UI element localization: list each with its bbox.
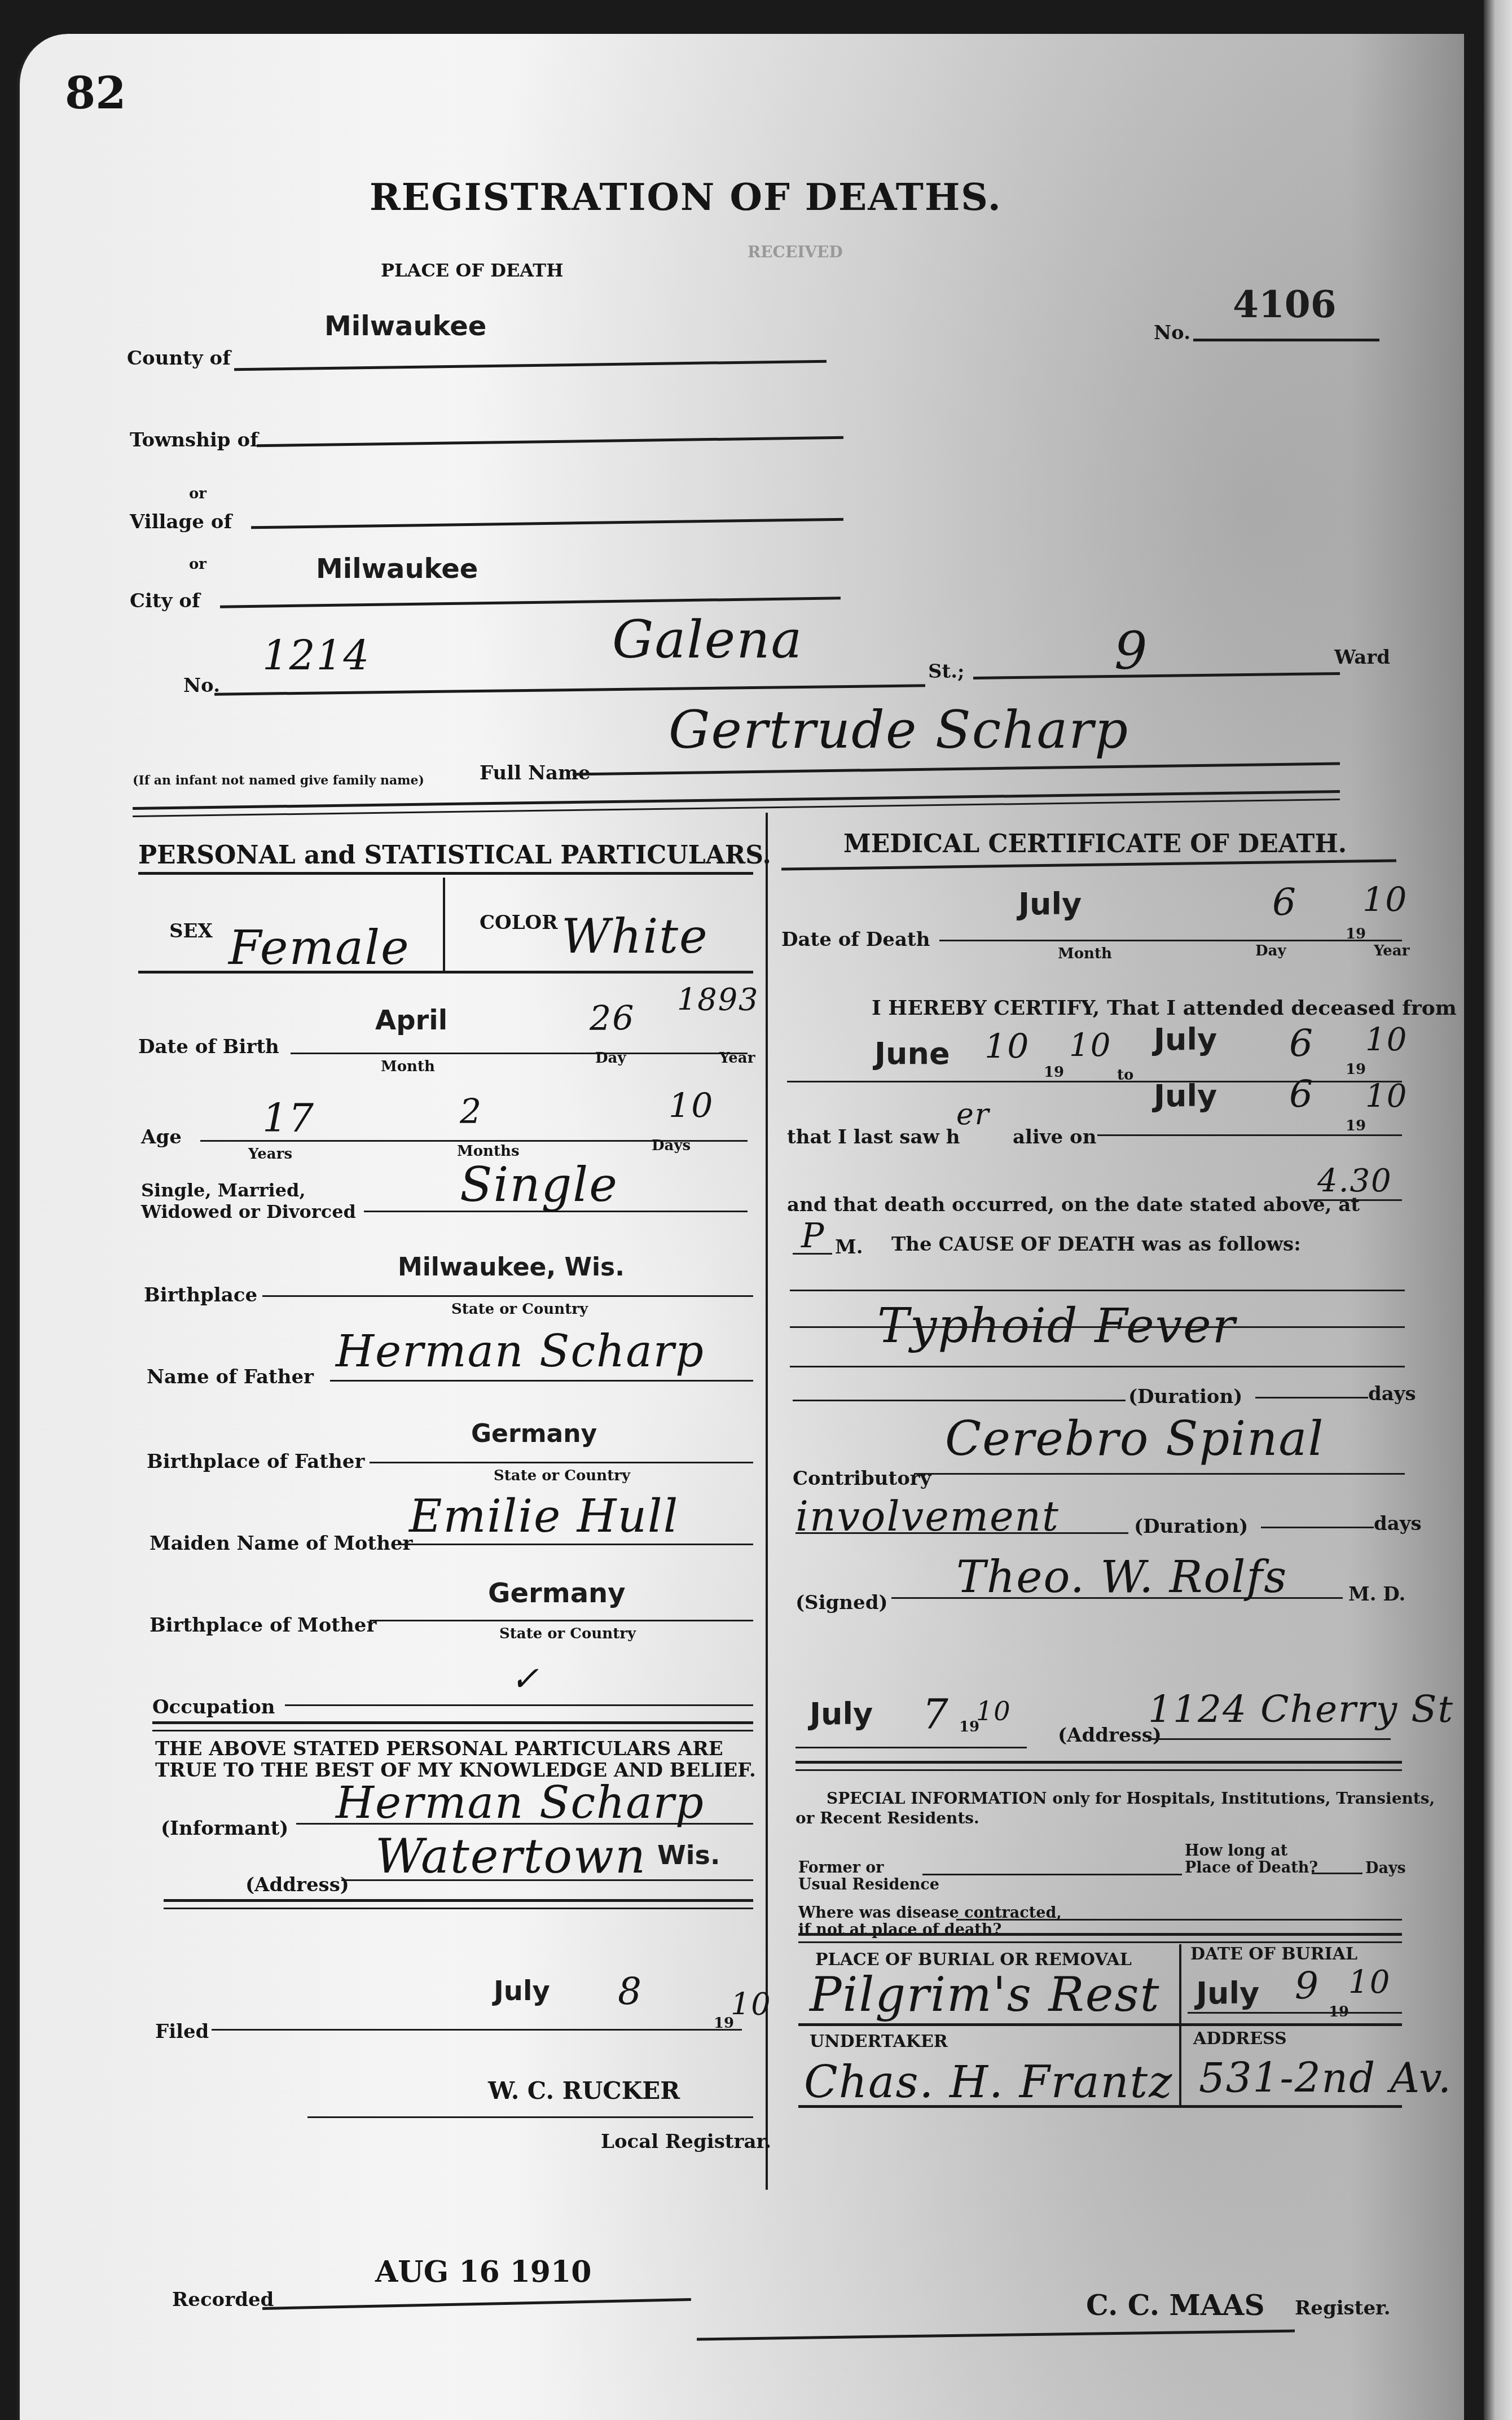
signed-label: (Signed) — [795, 1592, 888, 1614]
signed-double-line-1 — [795, 1761, 1402, 1764]
father-birthplace-value: Germany — [471, 1419, 597, 1448]
dob-day: 26 — [590, 999, 635, 1038]
adjacent-page-edge — [1484, 0, 1512, 2420]
last-saw-label-2: alive on — [1013, 1126, 1096, 1148]
dod-line — [939, 940, 1402, 941]
medical-heading-line — [781, 859, 1396, 870]
contributory-label: Contributory — [793, 1467, 931, 1490]
recorded-stamp: AUG 16 1910 — [375, 2255, 591, 2289]
contracted-label-2: if not at place of death? — [798, 1922, 1062, 1939]
record-no-value: 4106 — [1233, 282, 1337, 326]
place-of-death-heading: PLACE OF DEATH — [381, 260, 563, 281]
age-days: 10 — [669, 1086, 714, 1126]
personal-heading-line — [138, 872, 753, 875]
form-title: REGISTRATION OF DEATHS. — [370, 175, 1002, 219]
physician-address-label: (Address) — [1058, 1724, 1162, 1747]
signed-month: July — [810, 1696, 873, 1731]
or-text-1: or — [189, 485, 206, 502]
signed-day: 7 — [922, 1690, 950, 1738]
marital-value: Single — [460, 1157, 618, 1212]
dob-label: Date of Birth — [138, 1036, 279, 1058]
dob-line — [291, 1053, 748, 1054]
marital-label-line-2: Widowed or Divorced — [141, 1201, 356, 1222]
recorded-line — [262, 2298, 691, 2310]
signed-double-line-2 — [795, 1769, 1402, 1771]
informant-value: Herman Scharp — [336, 1778, 705, 1829]
days-label-1: days — [1368, 1383, 1416, 1405]
city-line — [220, 597, 841, 608]
age-years: 17 — [262, 1095, 315, 1141]
dod-century: 19 — [1346, 926, 1366, 942]
filed-line — [212, 2029, 742, 2031]
color-label: COLOR — [480, 911, 557, 934]
registrar-line — [307, 2116, 753, 2118]
contracted-double-line-2 — [798, 1941, 1402, 1943]
register-name: C. C. MAAS — [1086, 2289, 1265, 2322]
township-line — [257, 436, 843, 448]
dod-day: 6 — [1272, 880, 1297, 924]
how-long-line — [1312, 1873, 1362, 1874]
death-registration-form: 82 REGISTRATION OF DEATHS. RECEIVED PLAC… — [17, 34, 1464, 2420]
birthplace-caption: State or Country — [451, 1301, 588, 1318]
page-number: 82 — [65, 68, 126, 119]
how-long-label-1: How long at — [1185, 1843, 1318, 1860]
burial-month: July — [1196, 1975, 1259, 2011]
city-label: City of — [130, 590, 200, 612]
undertaker-row-line — [798, 2105, 1402, 2108]
dod-year: 10 — [1362, 880, 1408, 920]
address-double-line-1 — [164, 1899, 753, 1902]
local-registrar-name: W. C. RUCKER — [488, 2077, 680, 2105]
dod-year-caption: Year — [1374, 942, 1409, 959]
filed-label: Filed — [155, 2020, 209, 2043]
marital-label: Single, Married, Widowed or Divorced — [141, 1180, 356, 1222]
mother-birthplace-value: Germany — [488, 1577, 626, 1609]
undertaker-address-label: ADDRESS — [1193, 2029, 1287, 2049]
attended-from-century: 19 — [1044, 1064, 1064, 1081]
birthplace-value: Milwaukee, Wis. — [398, 1253, 625, 1282]
how-long-label: How long at Place of Death? — [1185, 1843, 1318, 1877]
burial-year: 10 — [1348, 1964, 1391, 2001]
age-years-caption: Years — [248, 1146, 292, 1163]
cause-line-1 — [790, 1290, 1405, 1291]
duration-label-2: (Duration) — [1134, 1515, 1248, 1538]
attended-from-day: 10 — [984, 1027, 1030, 1067]
father-label: Name of Father — [147, 1366, 314, 1388]
contributory-line — [914, 1473, 1405, 1475]
attended-to-century: 19 — [1346, 1061, 1366, 1078]
contributory-value-1: Cerebro Spinal — [945, 1411, 1324, 1466]
occupation-double-line-2 — [152, 1730, 753, 1731]
duration-days-line-2 — [1261, 1527, 1374, 1528]
county-label: County of — [127, 347, 231, 370]
city-value: Milwaukee — [316, 553, 478, 585]
birthplace-label: Birthplace — [144, 1284, 257, 1307]
mother-birthplace-line — [370, 1620, 753, 1621]
death-time-line — [1309, 1199, 1402, 1201]
sex-label: SEX — [169, 920, 213, 942]
marital-label-line-1: Single, Married, — [141, 1180, 356, 1201]
street-name-value: Galena — [612, 610, 803, 670]
ward-label: Ward — [1334, 646, 1390, 669]
meridiem-value: P — [801, 1216, 825, 1256]
father-line — [330, 1380, 753, 1382]
father-birthplace-label: Birthplace of Father — [147, 1450, 364, 1473]
age-months: 2 — [460, 1092, 482, 1132]
faint-stamp: RECEIVED — [748, 243, 843, 261]
mother-birthplace-label: Birthplace of Mother — [150, 1614, 376, 1637]
village-label: Village of — [130, 511, 232, 533]
cause-line-3 — [790, 1366, 1405, 1367]
contracted-line — [956, 1919, 1402, 1921]
dod-month-caption: Month — [1058, 945, 1112, 962]
former-residence-label-1: Former or — [798, 1860, 939, 1877]
physician-signature: Theo. W. Rolfs — [956, 1552, 1287, 1603]
dod-label: Date of Death — [781, 928, 930, 951]
days-label-2: days — [1374, 1512, 1422, 1535]
age-days-caption: Days — [652, 1137, 691, 1154]
village-line — [251, 518, 843, 529]
contracted-double-line-1 — [798, 1933, 1402, 1936]
meridiem-label: M. — [835, 1236, 863, 1259]
occupation-line — [285, 1704, 753, 1706]
cause-value: Typhoid Fever — [877, 1298, 1236, 1353]
personal-heading: PERSONAL and STATISTICAL PARTICULARS. — [138, 841, 771, 870]
last-saw-pronoun: er — [956, 1098, 990, 1132]
attended-to-year: 10 — [1365, 1022, 1408, 1058]
death-time-label: and that death occurred, on the date sta… — [787, 1194, 1360, 1216]
infant-note: (If an infant not named give family name… — [133, 773, 424, 788]
record-no-line — [1193, 339, 1379, 341]
last-saw-year: 10 — [1365, 1078, 1408, 1115]
duration-line-1 — [793, 1400, 1126, 1401]
street-no-value: 1214 — [262, 632, 370, 679]
occupation-value: ✓ — [511, 1659, 540, 1699]
certification-statement: THE ABOVE STATED PERSONAL PARTICULARS AR… — [155, 1738, 756, 1781]
last-saw-month: July — [1154, 1078, 1217, 1113]
occupation-label: Occupation — [152, 1696, 275, 1718]
certification-line-1: THE ABOVE STATED PERSONAL PARTICULARS AR… — [155, 1738, 756, 1760]
record-no-label: No. — [1154, 322, 1190, 344]
street-label: St.; — [928, 660, 965, 683]
color-value: White — [561, 909, 709, 964]
physician-address-line — [1148, 1738, 1391, 1740]
full-name-value: Gertrude Scharp — [669, 700, 1129, 760]
age-label: Age — [141, 1126, 182, 1148]
cause-label: The CAUSE OF DEATH was as follows: — [891, 1233, 1301, 1256]
sex-row-line — [138, 971, 753, 974]
dod-month: July — [1018, 886, 1082, 922]
death-time-value: 4.30 — [1317, 1163, 1392, 1199]
to-label: to — [1117, 1067, 1133, 1084]
dod-day-caption: Day — [1255, 942, 1286, 959]
burial-date-line — [1188, 2012, 1402, 2014]
burial-day: 9 — [1295, 1964, 1320, 2007]
dob-year-caption: Year — [719, 1050, 755, 1067]
county-line — [234, 360, 827, 371]
medical-heading: MEDICAL CERTIFICATE OF DEATH. — [843, 830, 1347, 858]
county-value: Milwaukee — [324, 310, 486, 342]
register-line — [697, 2330, 1295, 2341]
dob-day-caption: Day — [595, 1050, 626, 1067]
occupation-double-line-1 — [152, 1721, 753, 1724]
how-long-unit: Days — [1365, 1860, 1406, 1877]
burial-divider — [1179, 1944, 1181, 2108]
sex-color-divider — [443, 878, 445, 974]
attended-from-month: June — [874, 1036, 950, 1071]
last-saw-day: 6 — [1289, 1072, 1314, 1116]
address-value: Watertown — [375, 1829, 647, 1884]
filed-day: 8 — [618, 1970, 643, 2013]
attended-to-month: July — [1154, 1022, 1217, 1057]
township-label: Township of — [130, 429, 258, 451]
birthplace-line — [262, 1295, 753, 1297]
burial-row-line — [798, 2023, 1402, 2026]
last-saw-line — [1097, 1134, 1402, 1136]
register-label: Register. — [1295, 2297, 1391, 2320]
last-saw-century: 19 — [1346, 1117, 1366, 1134]
how-long-label-2: Place of Death? — [1185, 1860, 1318, 1877]
mother-line — [398, 1544, 753, 1545]
signed-year: 10 — [976, 1696, 1012, 1726]
dob-month-caption: Month — [381, 1058, 435, 1075]
dob-month: April — [375, 1005, 447, 1036]
attended-from-year: 10 — [1069, 1027, 1111, 1064]
undertaker-value: Chas. H. Frantz — [804, 2057, 1173, 2108]
filed-month: July — [494, 1975, 550, 2007]
street-line — [214, 684, 925, 695]
last-saw-label-1: that I last saw h — [787, 1126, 960, 1148]
address-state: Wis. — [657, 1840, 720, 1870]
burial-date-label: DATE OF BURIAL — [1190, 1944, 1357, 1964]
ward-value: 9 — [1114, 621, 1149, 681]
address-double-line-2 — [164, 1908, 753, 1909]
mother-value: Emilie Hull — [409, 1490, 679, 1542]
local-registrar-label: Local Registrar. — [601, 2130, 771, 2153]
duration-line-2 — [795, 1532, 1128, 1534]
undertaker-address-value: 531-2nd Av. — [1199, 2054, 1452, 2102]
address-label: (Address) — [245, 1874, 349, 1896]
md-label: M. D. — [1348, 1583, 1405, 1606]
burial-place-value: Pilgrim's Rest — [810, 1967, 1160, 2022]
cause-line-2 — [790, 1326, 1405, 1328]
certify-text: I HEREBY CERTIFY, That I attended deceas… — [872, 996, 1457, 1020]
dob-year: 1893 — [677, 982, 759, 1018]
attended-to-day: 6 — [1289, 1022, 1314, 1065]
father-birthplace-caption: State or Country — [494, 1467, 630, 1484]
former-residence-line — [922, 1874, 1182, 1875]
duration-days-line-1 — [1255, 1397, 1368, 1398]
meridiem-line — [793, 1253, 832, 1255]
informant-label: (Informant) — [161, 1817, 288, 1840]
filed-year: 10 — [731, 1987, 772, 2022]
recorded-label: Recorded — [172, 2289, 274, 2311]
mother-label: Maiden Name of Mother — [150, 1532, 413, 1555]
former-residence-label: Former or Usual Residence — [798, 1860, 939, 1893]
undertaker-label: UNDERTAKER — [810, 2032, 948, 2051]
sex-value: Female — [228, 920, 410, 975]
full-name-line — [573, 762, 1340, 776]
ward-line — [973, 672, 1340, 679]
father-value: Herman Scharp — [336, 1326, 705, 1377]
physician-address-value: 1124 Cherry St — [1148, 1687, 1454, 1731]
column-divider — [766, 813, 768, 2190]
duration-label-1: (Duration) — [1128, 1386, 1242, 1408]
former-residence-label-2: Usual Residence — [798, 1877, 939, 1893]
or-text-2: or — [189, 556, 206, 573]
mother-birthplace-caption: State or Country — [499, 1625, 636, 1642]
special-info-line-2: or Recent Residents. — [795, 1809, 979, 1827]
signed-date-line — [795, 1747, 1027, 1748]
father-birthplace-line — [370, 1462, 753, 1463]
special-info-line-1: SPECIAL INFORMATION only for Hospitals, … — [827, 1789, 1435, 1808]
